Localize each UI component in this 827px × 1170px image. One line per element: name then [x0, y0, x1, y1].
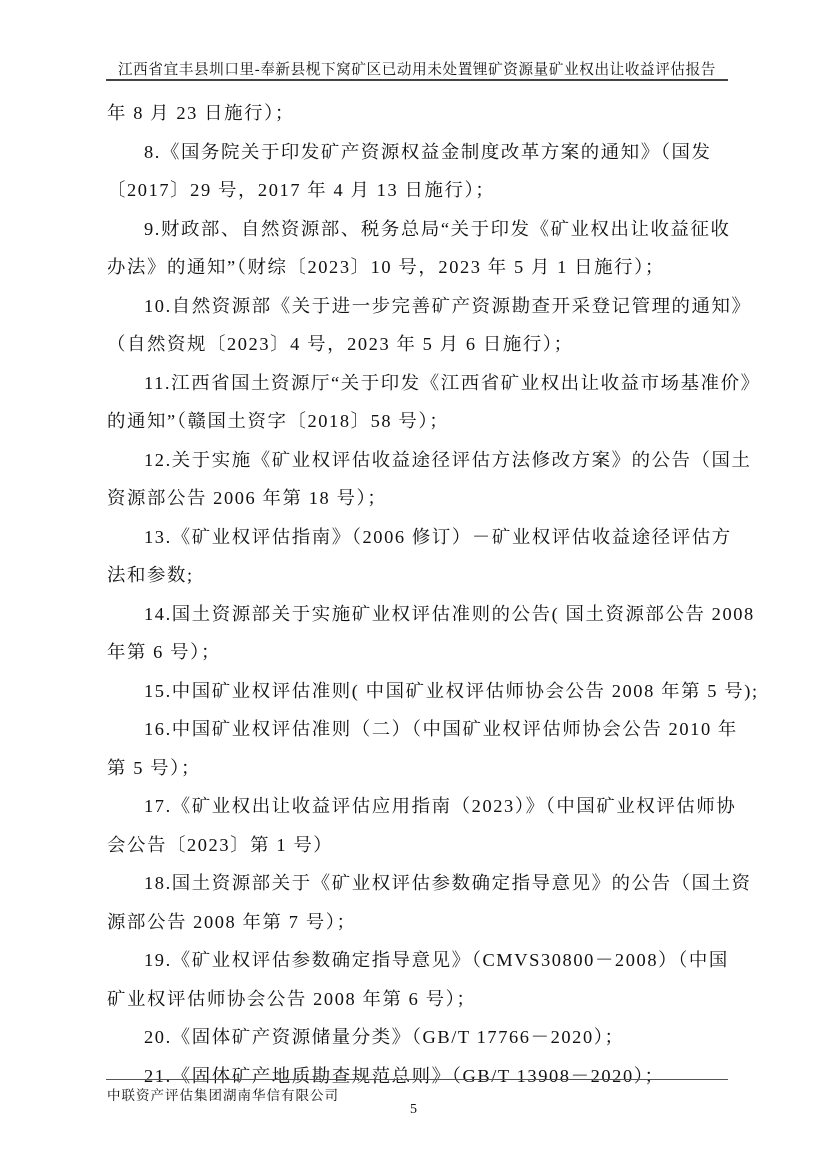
body-line: 第 5 号）；: [107, 749, 729, 788]
body-line: 10.自然资源部《关于进一步完善矿产资源勘查开采登记管理的通知》: [107, 287, 729, 326]
body-line: 矿业权评估师协会公告 2008 年第 6 号）；: [107, 980, 729, 1019]
footer-company-name: 中联资产评估集团湖南华信有限公司: [107, 1084, 339, 1104]
body-line: 18.国土资源部关于《矿业权评估参数确定指导意见》的公告（国土资: [107, 864, 729, 903]
body-line: 15.中国矿业权评估准则( 中国矿业权评估师协会公告 2008 年第 5 号);: [107, 672, 729, 711]
body-line: 20.《固体矿产资源储量分类》（GB/T 17766－2020）；: [107, 1018, 729, 1057]
header-divider: [106, 79, 728, 81]
body-line: 会公告〔2023〕第 1 号）: [107, 826, 729, 865]
body-line: 资源部公告 2006 年第 18 号）；: [107, 479, 729, 518]
body-line: 14.国土资源部关于实施矿业权评估准则的公告( 国土资源部公告 2008: [107, 595, 729, 634]
body-line: 11.江西省国土资源厅“关于印发《江西省矿业权出让收益市场基准价》: [107, 364, 729, 403]
body-line: 〔2017〕29 号，2017 年 4 月 13 日施行）；: [107, 171, 729, 210]
body-line: 19.《矿业权评估参数确定指导意见》（CMVS30800－2008）（中国: [107, 941, 729, 980]
body-line: 的通知”（赣国土资字〔2018〕58 号）；: [107, 402, 729, 441]
body-line: 办法》的通知”（财综〔2023〕10 号，2023 年 5 月 1 日施行）；: [107, 248, 729, 287]
body-line: 源部公告 2008 年第 7 号）；: [107, 903, 729, 942]
body-line: 16.中国矿业权评估准则（二）（中国矿业权评估师协会公告 2010 年: [107, 710, 729, 749]
page-header-title: 江西省宜丰县圳口里-奉新县枧下窝矿区已动用未处置锂矿资源量矿业权出让收益评估报告: [107, 58, 727, 79]
body-line: 13.《矿业权评估指南》（2006 修订）－矿业权评估收益途径评估方: [107, 518, 729, 557]
body-line: 法和参数;: [107, 556, 729, 595]
body-line: 9.财政部、自然资源部、税务总局“关于印发《矿业权出让收益征收: [107, 210, 729, 249]
page-number: 5: [0, 1102, 827, 1118]
body-line: （自然资规〔2023〕4 号，2023 年 5 月 6 日施行）；: [107, 325, 729, 364]
body-line: 年第 6 号）；: [107, 633, 729, 672]
body-line: 12.关于实施《矿业权评估收益途径评估方法修改方案》的公告（国土: [107, 441, 729, 480]
body-line: 17.《矿业权出让收益评估应用指南（2023）》（中国矿业权评估师协: [107, 787, 729, 826]
footer-divider: [106, 1079, 728, 1080]
body-line: 年 8 月 23 日施行）；: [107, 94, 729, 133]
document-body: 年 8 月 23 日施行）； 8.《国务院关于印发矿产资源权益金制度改革方案的通…: [107, 94, 729, 1095]
body-line: 8.《国务院关于印发矿产资源权益金制度改革方案的通知》（国发: [107, 133, 729, 172]
